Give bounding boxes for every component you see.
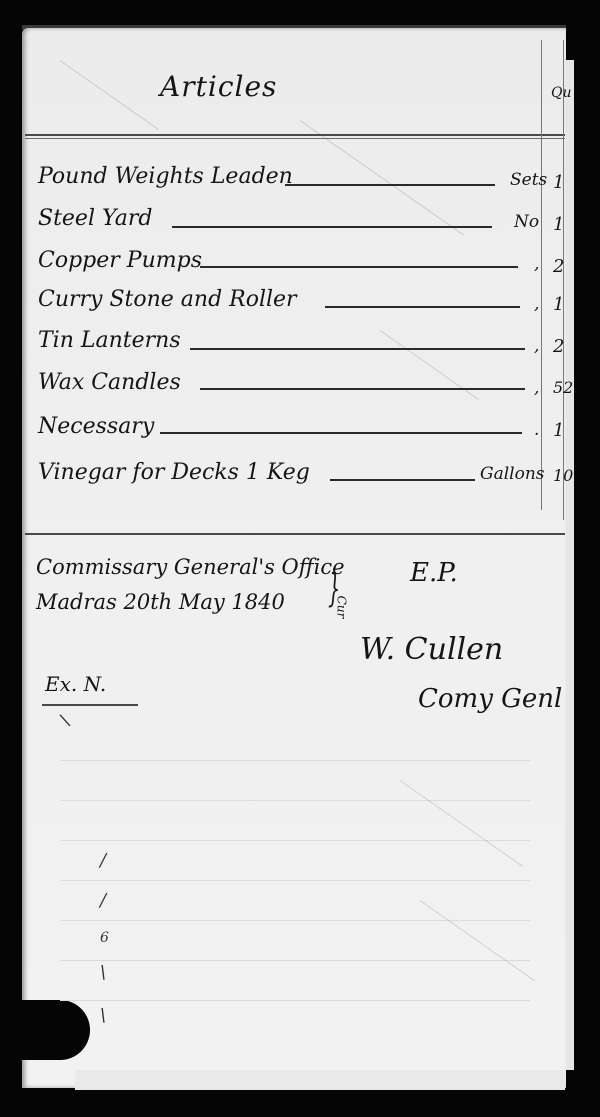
margin-mark: 6 bbox=[100, 930, 109, 946]
leader-line bbox=[330, 479, 475, 481]
article-unit: , bbox=[534, 294, 539, 314]
leader-line bbox=[285, 184, 495, 186]
article-name: Steel Yard bbox=[38, 206, 153, 231]
margin-mark: / bbox=[100, 850, 106, 871]
quantity-column-divider bbox=[541, 40, 542, 510]
article-quantity: 1 bbox=[553, 294, 564, 315]
article-name: Vinegar for Decks 1 Keg bbox=[38, 460, 310, 485]
leader-line bbox=[200, 266, 518, 268]
article-unit: , bbox=[534, 336, 539, 356]
examined-mark: Ex. N. bbox=[45, 672, 106, 696]
signature-title: Comy Genl bbox=[418, 684, 562, 714]
page-right-rule bbox=[563, 40, 564, 520]
article-quantity: 1 bbox=[553, 214, 564, 235]
table-bottom-rule bbox=[25, 533, 565, 535]
article-name: Copper Pumps bbox=[38, 248, 202, 273]
faint-rule bbox=[60, 960, 530, 961]
article-name: Pound Weights Leaden bbox=[38, 164, 293, 189]
quantity-column-header: Qu bbox=[551, 85, 572, 101]
article-unit: No bbox=[514, 212, 539, 232]
article-name: Necessary bbox=[38, 414, 154, 439]
faint-rule bbox=[60, 880, 530, 881]
paper-bottom-edge bbox=[75, 1070, 565, 1090]
article-unit: Sets bbox=[510, 170, 547, 190]
faint-rule bbox=[60, 1000, 530, 1001]
article-quantity: 52 bbox=[553, 378, 573, 397]
article-name: Wax Candles bbox=[38, 370, 181, 395]
signature-name: W. Cullen bbox=[360, 632, 503, 667]
faint-rule bbox=[60, 800, 530, 801]
faint-rule bbox=[60, 760, 530, 761]
article-quantity: 2 bbox=[553, 336, 564, 357]
article-name: Curry Stone and Roller bbox=[38, 287, 297, 312]
examined-underline bbox=[42, 704, 138, 706]
leader-line bbox=[160, 432, 522, 434]
article-quantity: 1 bbox=[553, 420, 564, 441]
faint-rule bbox=[60, 840, 530, 841]
article-quantity: 2 bbox=[553, 256, 564, 277]
article-quantity: 10 bbox=[553, 466, 573, 485]
article-quantity: 1 bbox=[553, 172, 564, 193]
date-line: Madras 20th May 1840 bbox=[36, 590, 285, 614]
faint-rule bbox=[60, 920, 530, 921]
article-unit: Gallons bbox=[480, 464, 545, 484]
office-line: Commissary General's Office bbox=[36, 555, 345, 579]
leader-line bbox=[190, 348, 525, 350]
article-name: Tin Lanterns bbox=[38, 328, 181, 353]
leader-line bbox=[200, 388, 525, 390]
margin-mark: \ bbox=[100, 962, 106, 983]
margin-mark: / bbox=[100, 890, 106, 911]
leader-line bbox=[325, 306, 520, 308]
articles-heading: Articles bbox=[160, 70, 277, 103]
header-rule-double bbox=[25, 138, 565, 139]
header-rule bbox=[25, 134, 565, 136]
article-unit: , bbox=[534, 378, 539, 398]
initials: E.P. bbox=[410, 558, 458, 588]
article-unit: . bbox=[534, 420, 539, 440]
margin-mark: \ bbox=[100, 1005, 106, 1026]
article-unit: , bbox=[534, 254, 539, 274]
adjacent-page-edge bbox=[566, 60, 574, 1070]
bracket-annotation: Cur bbox=[334, 596, 348, 619]
thumb-shadow bbox=[0, 1000, 90, 1060]
leader-line bbox=[172, 226, 492, 228]
